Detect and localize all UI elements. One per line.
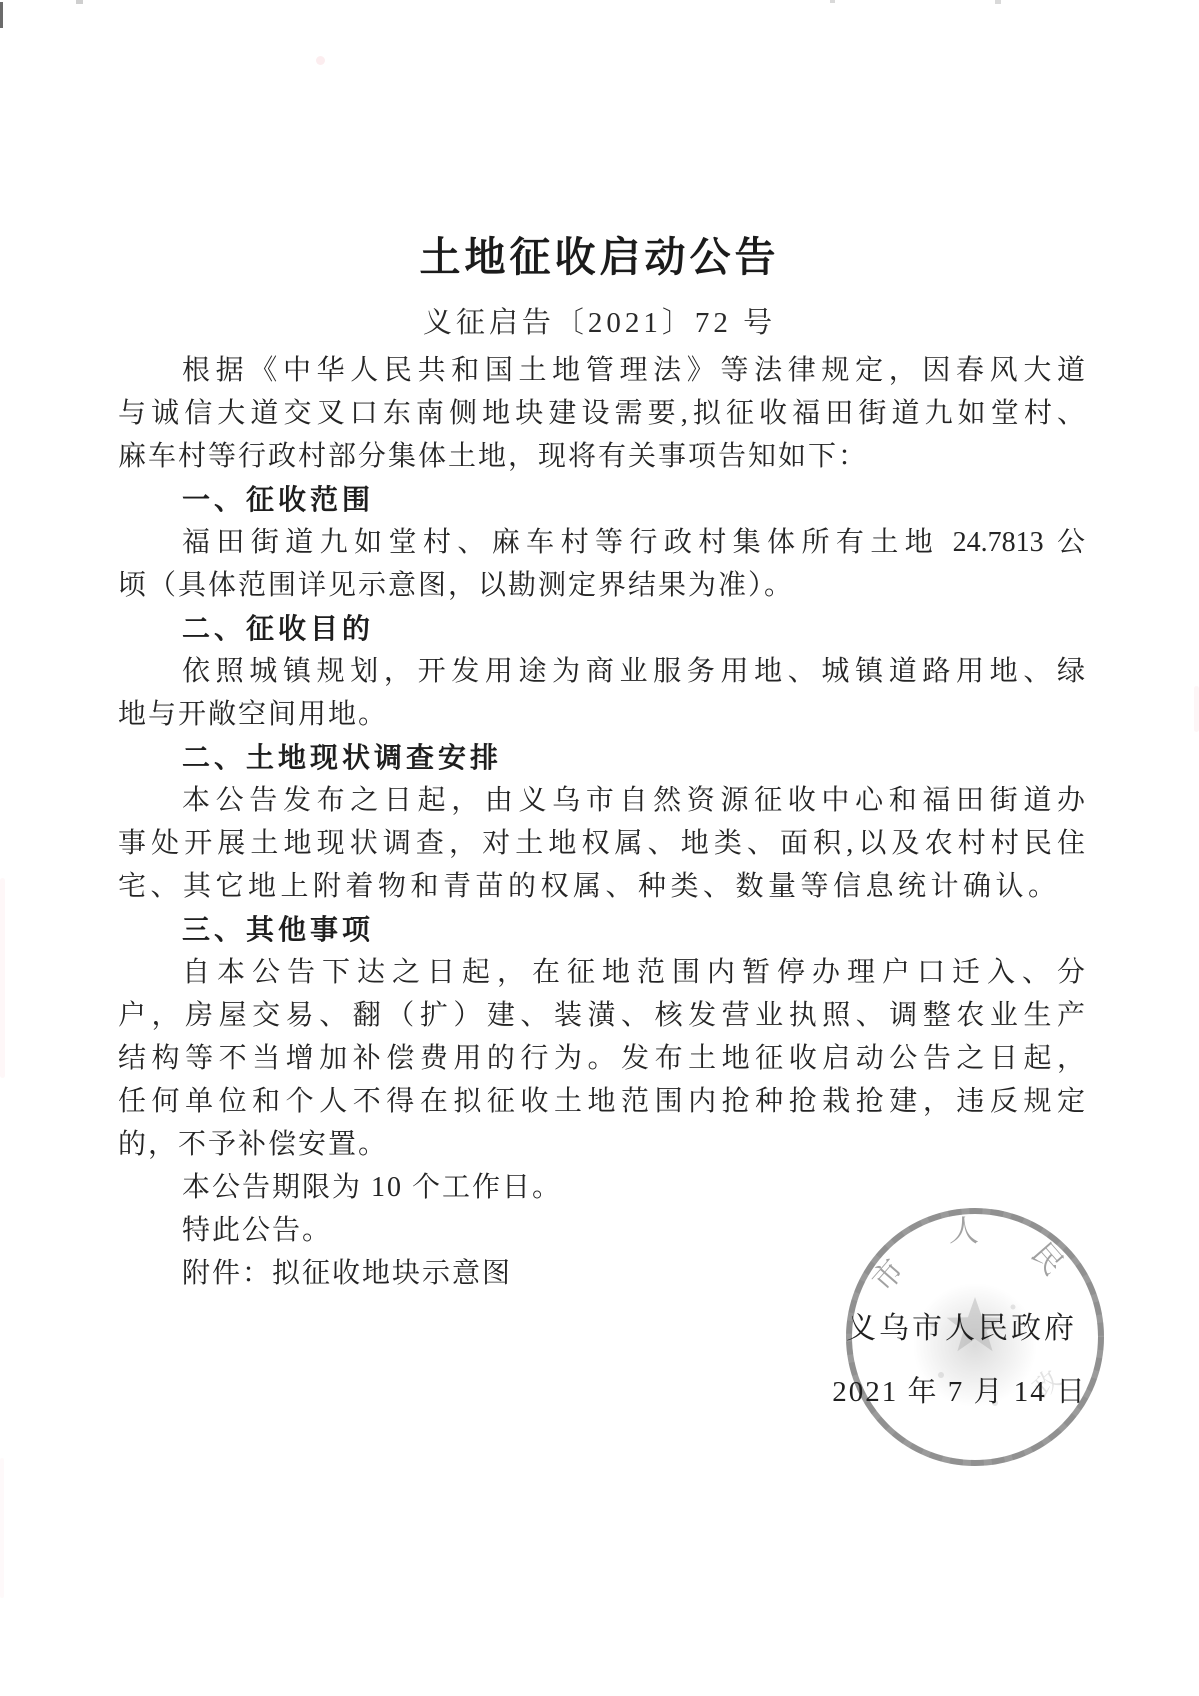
document-title: 土地征收启动公告	[0, 232, 1199, 282]
body-line: 宅、其它地上附着物和青苗的权属、种类、数量等信息统计确认。	[118, 865, 1085, 908]
section-heading: 三、其他事项	[118, 908, 1085, 951]
section-heading: 二、征收目的	[118, 607, 1085, 650]
body-line: 麻车村等行政村部分集体土地，现将有关事项告知如下：	[118, 435, 1085, 478]
scan-artifact	[0, 878, 5, 1078]
body-line: 结构等不当增加补偿费用的行为。发布土地征收启动公告之日起，	[118, 1037, 1085, 1080]
body-line: 地与开敞空间用地。	[118, 693, 1085, 736]
section-heading: 一、征收范围	[118, 478, 1085, 521]
body-line: 户，房屋交易、翻（扩）建、装潢、核发营业执照、调整农业生产	[118, 994, 1085, 1037]
scan-artifact	[76, 0, 83, 4]
body-line: 根据《中华人民共和国土地管理法》等法律规定，因春风大道	[118, 349, 1085, 392]
scan-artifact	[995, 0, 1001, 4]
body-line: 与诚信大道交叉口东南侧地块建设需要,拟征收福田街道九如堂村、	[118, 392, 1085, 435]
body-line: 本公告期限为 10 个工作日。	[118, 1166, 1085, 1209]
body-line: 本公告发布之日起，由义乌市自然资源征收中心和福田街道办	[118, 779, 1085, 822]
scan-artifact	[830, 0, 835, 3]
document-number: 义征启告〔2021〕72 号	[0, 303, 1199, 343]
issue-date: 2021 年 7 月 14 日	[832, 1374, 1087, 1410]
body-line: 的，不予补偿安置。	[118, 1123, 1085, 1166]
body-line: 自本公告下达之日起，在征地范围内暂停办理户口迁入、分	[118, 951, 1085, 994]
scan-artifact	[0, 2, 3, 28]
body-line: 依照城镇规划，开发用途为商业服务用地、城镇道路用地、绿	[118, 650, 1085, 693]
scanned-document-page: 土地征收启动公告 义征启告〔2021〕72 号 根据《中华人民共和国土地管理法》…	[0, 0, 1199, 1696]
scan-artifact	[316, 56, 325, 65]
body-line: 任何单位和个人不得在拟征收土地范围内抢种抢栽抢建，违反规定	[118, 1080, 1085, 1123]
scan-artifact	[1194, 686, 1199, 732]
body-line: 顷（具体范围详见示意图，以勘测定界结果为准）。	[118, 564, 1085, 607]
body-line: 事处开展土地现状调查，对土地权属、地类、面积,以及农村村民住	[118, 822, 1085, 865]
scan-artifact	[0, 1458, 4, 1598]
body-line: 福田街道九如堂村、麻车村等行政村集体所有土地 24.7813 公	[118, 521, 1085, 564]
issuer-signature: 义乌市人民政府	[846, 1311, 1077, 1347]
document-body: 根据《中华人民共和国土地管理法》等法律规定，因春风大道 与诚信大道交叉口东南侧地…	[118, 349, 1085, 1295]
section-heading: 二、土地现状调查安排	[118, 736, 1085, 779]
